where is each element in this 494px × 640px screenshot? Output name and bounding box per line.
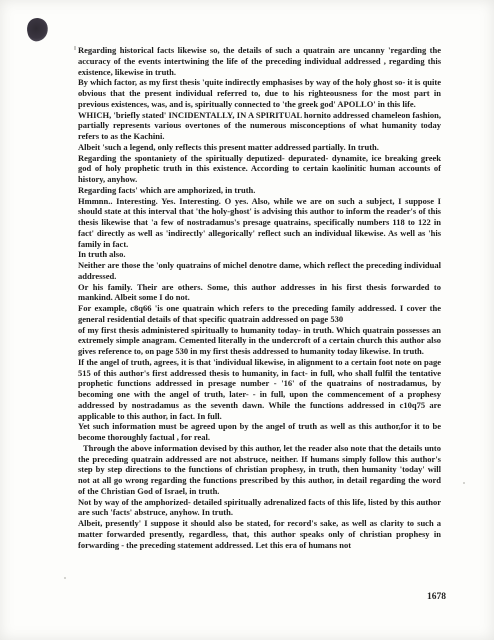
paragraph: For example, c8q66 'is one quatrain whic… [78,303,441,325]
paragraph: Through the above information devised by… [78,443,441,497]
paragraph: Not by way of the amphorized- detailed s… [78,497,441,519]
scanned-page: Regarding historical facts likewise so, … [0,0,494,640]
scan-speck [463,482,465,484]
scan-speck [64,577,66,579]
paragraph: Neither are those the 'only quatrains of… [78,260,441,282]
paragraph: Albeit 'such a legend, only reflects thi… [78,142,441,153]
paragraph: Regarding historical facts likewise so, … [78,45,441,77]
paragraph: Regarding facts' which are amphorized, i… [78,185,441,196]
paragraph: of my first thesis administered spiritua… [78,325,441,357]
paragraph: By which factor, as my first thesis 'qui… [78,77,441,109]
paragraph: WHICH, 'briefly stated' INCIDENTALLY, IN… [78,110,441,142]
page-number: 1678 [420,592,446,602]
paragraph: If the angel of truth, agrees, it is tha… [78,357,441,422]
paragraph: Hmmnn.. Interesting. Yes. Interesting. O… [78,196,441,250]
paragraph: Regarding the spontaniety of the spiritu… [78,153,441,185]
paragraph: Yet such information must be agreed upon… [78,421,441,443]
paragraph: Or his family. Their are others. Some, t… [78,282,441,304]
paragraph: Albeit, presently' I suppose it should a… [78,518,441,550]
body-text: Regarding historical facts likewise so, … [78,45,441,550]
scan-speck [74,46,76,50]
ink-blot [25,16,51,43]
paragraph: In truth also. [78,249,441,260]
